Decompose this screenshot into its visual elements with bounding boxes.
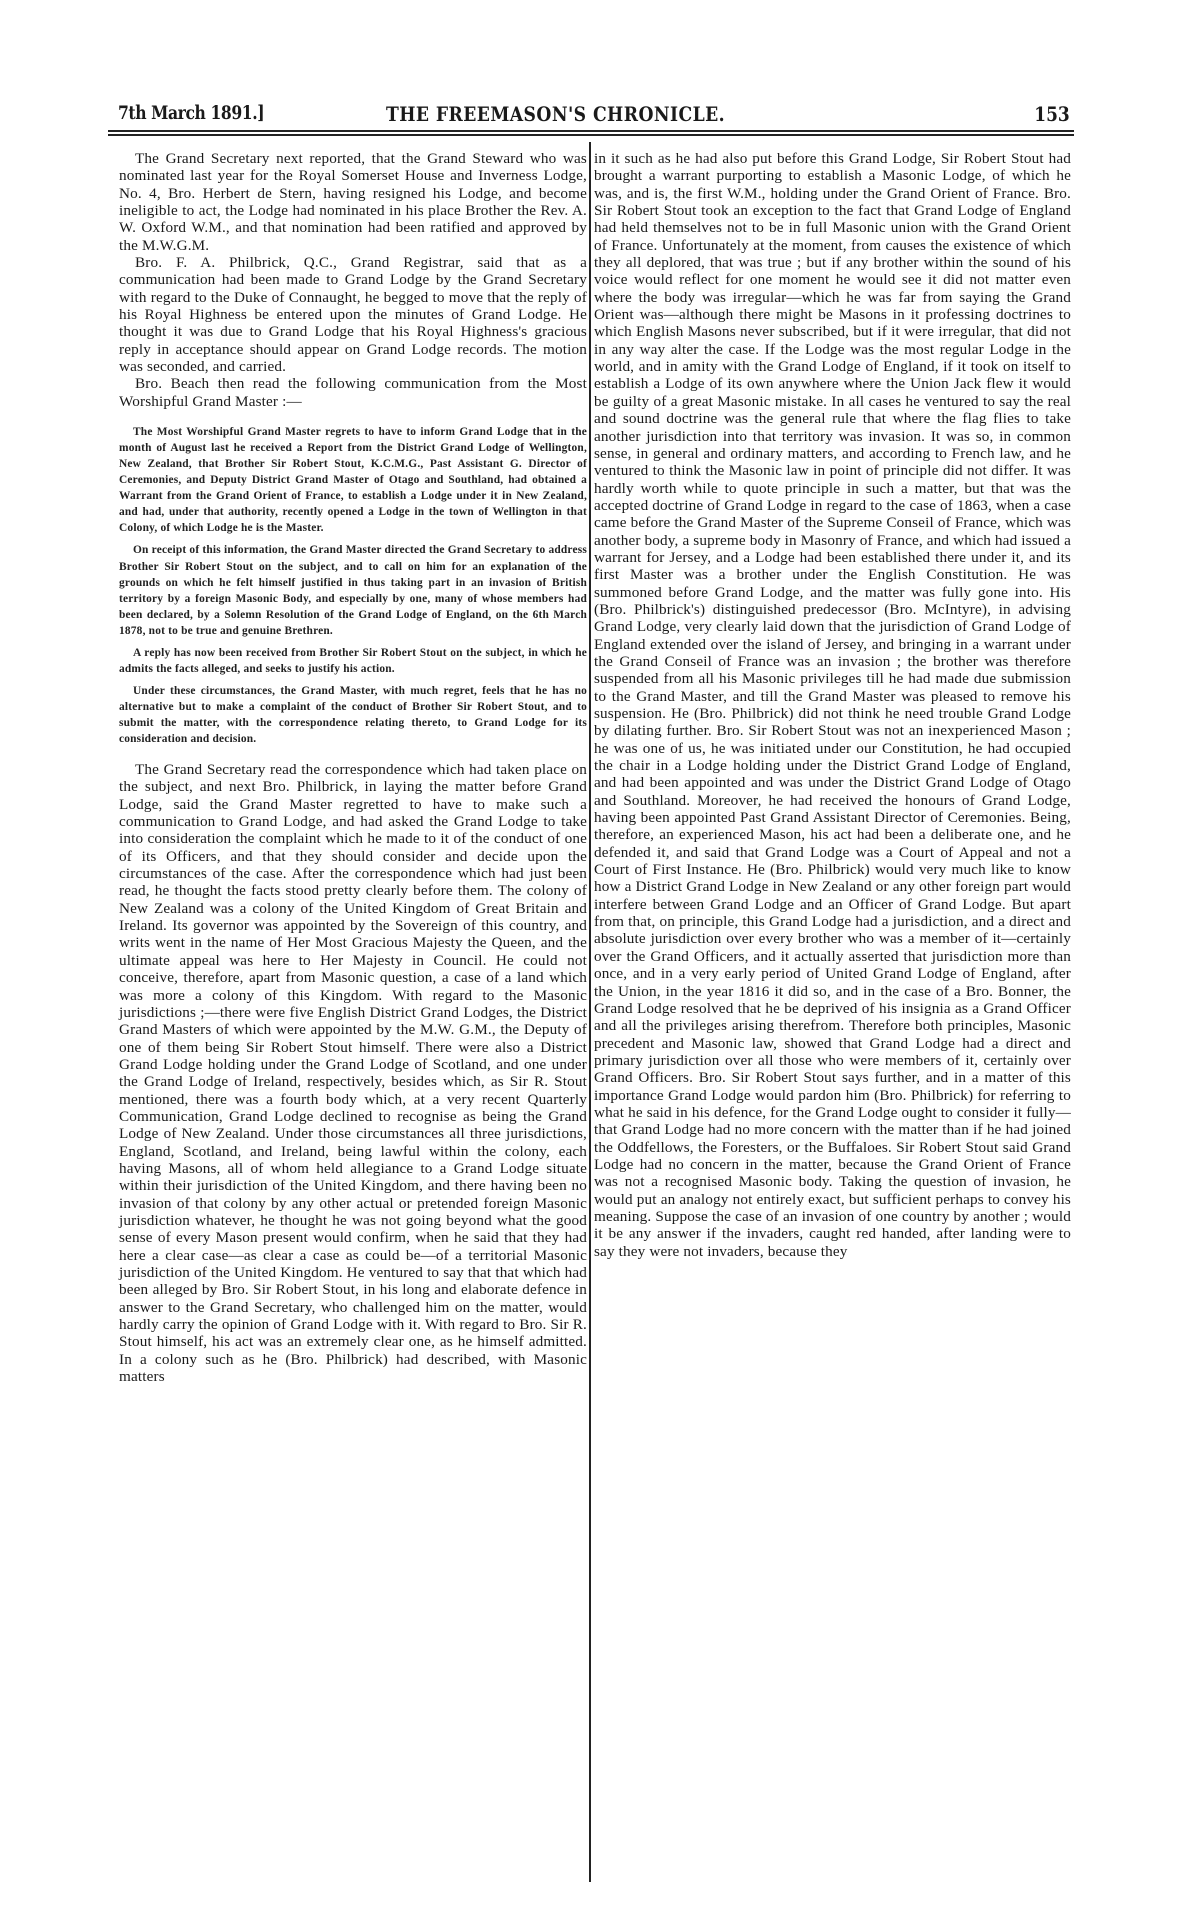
communication-paragraph: A reply has now been received from Broth… xyxy=(119,645,587,677)
communication-paragraph: Under these circumstances, the Grand Mas… xyxy=(119,683,587,747)
page-number: 153 xyxy=(1035,102,1070,126)
paragraph-beach-intro: Bro. Beach then read the following commu… xyxy=(119,375,587,410)
communication-paragraph: The Most Worshipful Grand Master regrets… xyxy=(119,424,587,536)
publication-title: THE FREEMASON'S CHRONICLE. xyxy=(386,102,725,126)
right-column: in it such as he had also put before thi… xyxy=(594,150,1071,1260)
paragraph-grand-steward: The Grand Secretary next reported, that … xyxy=(119,150,587,254)
masthead: 7th March 1891.] THE FREEMASON'S CHRONIC… xyxy=(118,90,1070,130)
header-rule-top xyxy=(108,130,1074,132)
paragraph-philbrick-motion: Bro. F. A. Philbrick, Q.C., Grand Regist… xyxy=(119,254,587,375)
column-divider xyxy=(589,142,591,1882)
header-rule-bottom xyxy=(108,134,1074,136)
left-column: The Grand Secretary next reported, that … xyxy=(119,150,587,1385)
paragraph-correspondence: The Grand Secretary read the corresponde… xyxy=(119,761,587,1385)
paragraph-continued: in it such as he had also put before thi… xyxy=(594,150,1071,1260)
communication-paragraph: On receipt of this information, the Gran… xyxy=(119,542,587,638)
issue-date: 7th March 1891.] xyxy=(118,102,264,124)
